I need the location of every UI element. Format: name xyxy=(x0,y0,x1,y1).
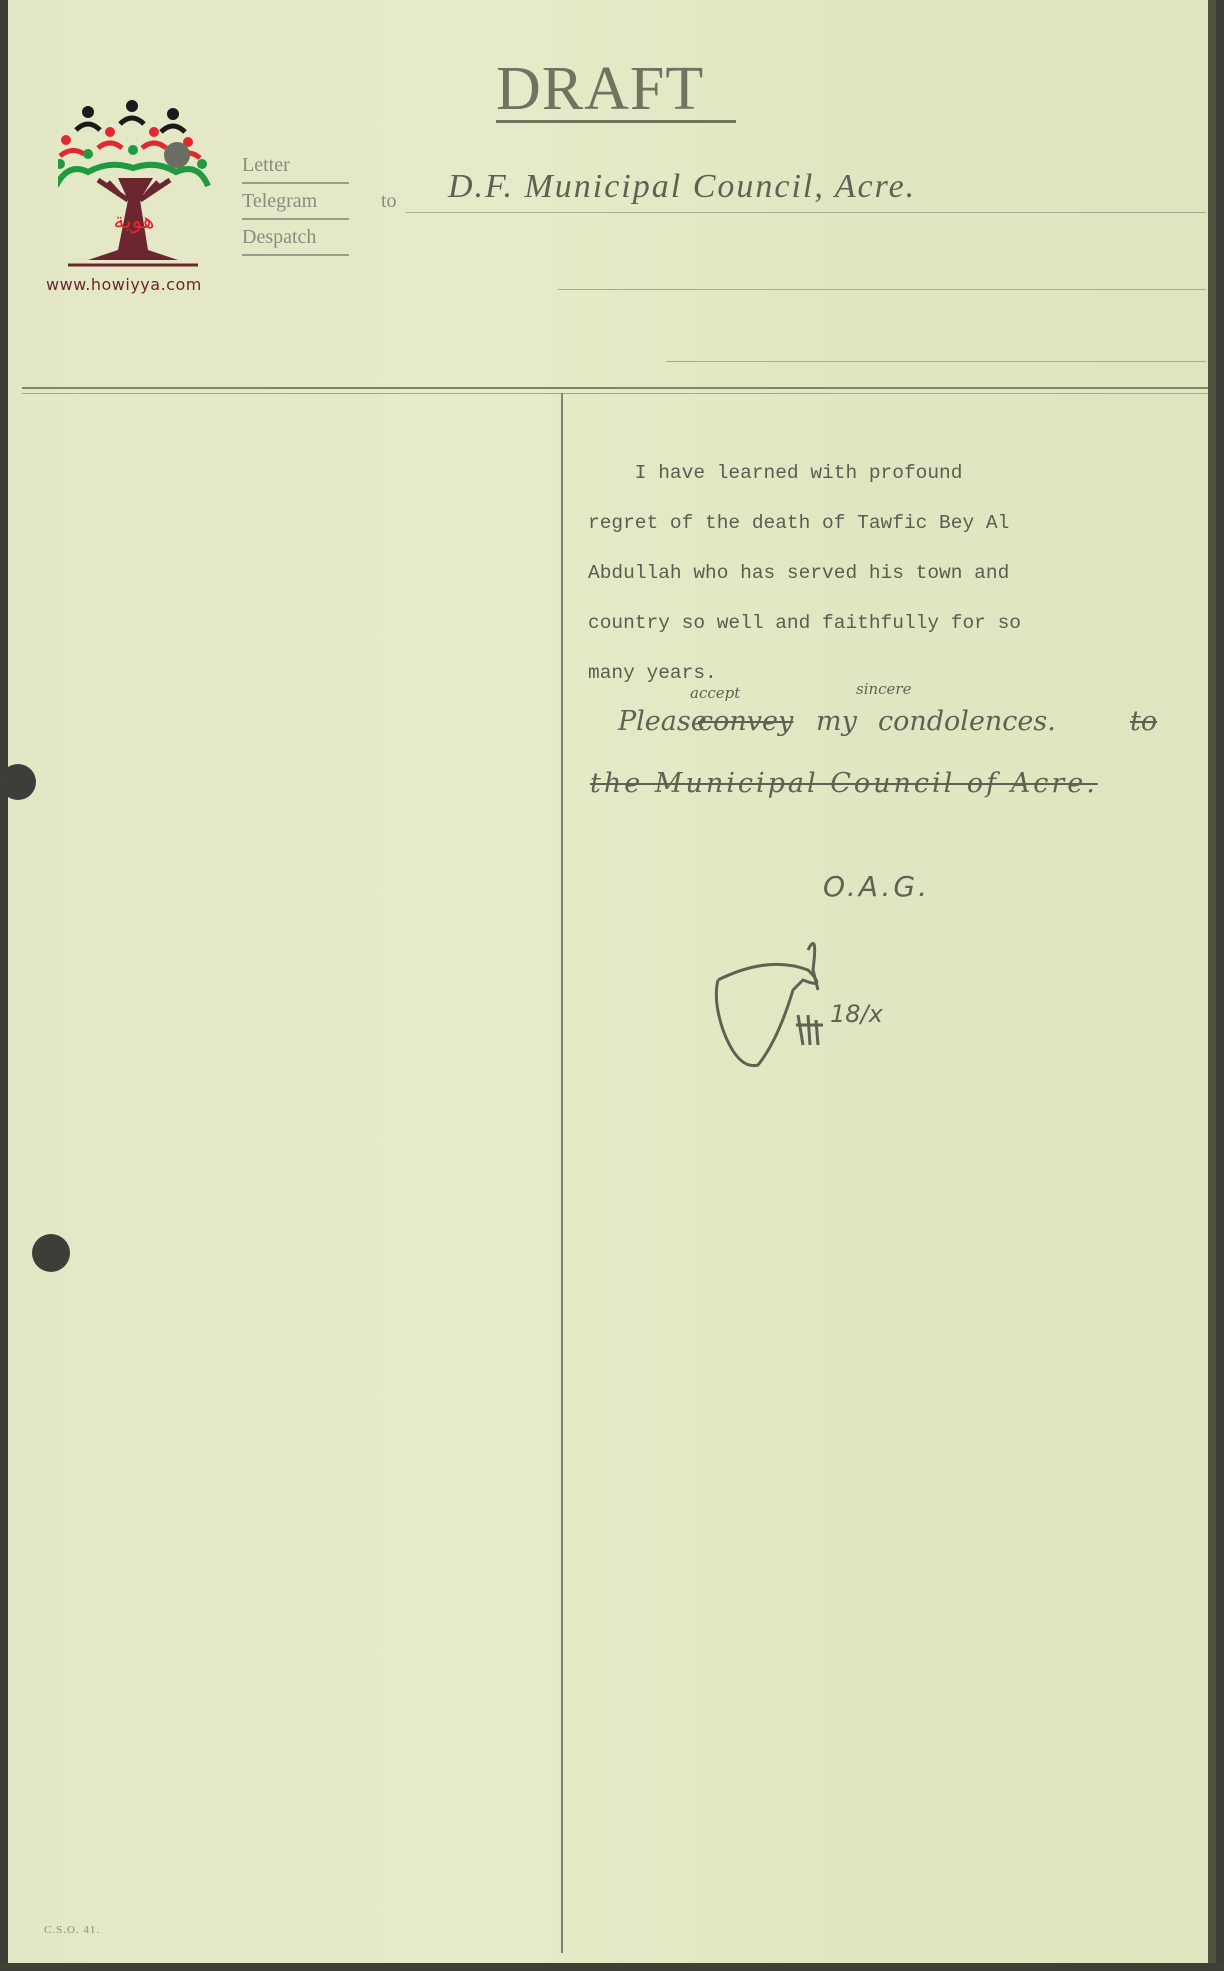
hand-convey-struck: convey xyxy=(698,706,793,737)
addressee: D.F. Municipal Council, Acre. xyxy=(448,168,916,206)
addressee-line-3 xyxy=(666,361,1206,362)
header-divider xyxy=(22,387,1212,394)
margin-divider xyxy=(561,393,563,1953)
title-underline xyxy=(496,120,736,123)
form-code: C.S.O. 41. xyxy=(44,1924,100,1936)
addressee-line-2 xyxy=(558,289,1206,290)
page-edge-bottom xyxy=(0,1963,1224,1971)
hand-please: Please xyxy=(618,706,707,737)
to-label: to xyxy=(381,190,397,213)
divider xyxy=(242,218,349,220)
typed-body: I have learned with profoundregret of th… xyxy=(588,448,1188,698)
punch-hole xyxy=(164,142,190,168)
page-edge xyxy=(1208,0,1216,1963)
insert-sincere: sincere xyxy=(856,680,911,698)
page-title: DRAFT xyxy=(496,58,704,120)
divider xyxy=(242,254,349,256)
addressee-line-1 xyxy=(406,212,1206,213)
hand-condolences: condolences. xyxy=(878,706,1056,737)
document-page: هوية www.howiyya.com DRAFT Letter Telegr… xyxy=(8,0,1216,1963)
hand-my: my xyxy=(816,706,857,737)
hand-to-struck: to xyxy=(1130,706,1157,737)
type-letter: Letter xyxy=(242,154,290,177)
type-telegram: Telegram xyxy=(242,190,317,213)
divider xyxy=(242,182,349,184)
insert-accept: accept xyxy=(690,684,740,702)
punch-hole xyxy=(0,764,36,800)
punch-hole xyxy=(32,1234,70,1272)
svg-text:هوية: هوية xyxy=(114,208,155,234)
hand-line2-struck: the Municipal Council of Acre. xyxy=(590,768,1098,799)
family-tree-icon: هوية xyxy=(58,100,218,270)
signoff: O.A.G. xyxy=(823,870,930,903)
date: 18/x xyxy=(830,1000,883,1028)
type-despatch: Despatch xyxy=(242,226,316,249)
watermark-url: www.howiyya.com xyxy=(46,275,202,294)
